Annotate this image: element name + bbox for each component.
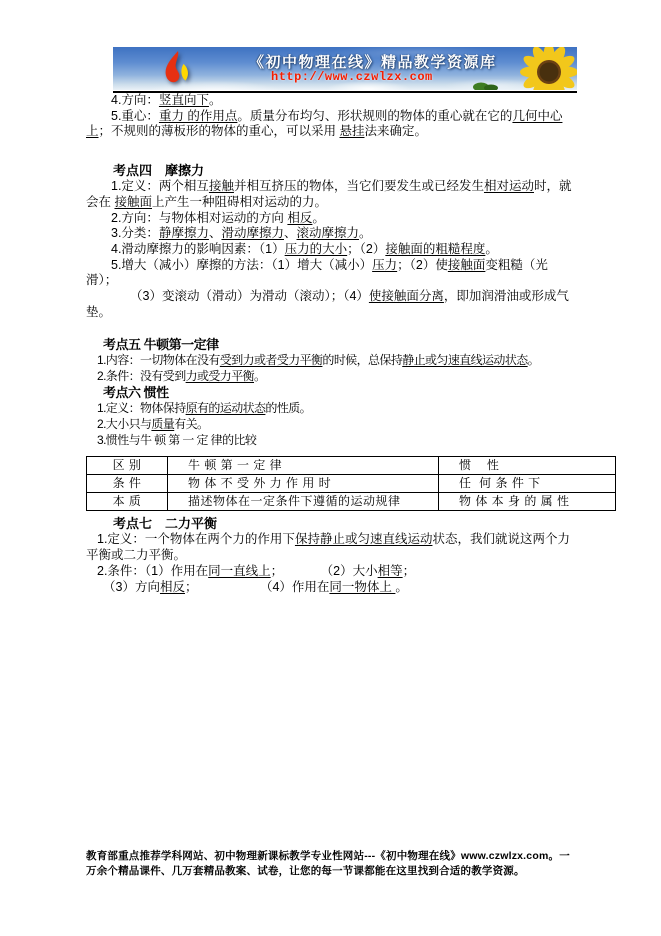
heading-newton-first-law: 考点五 牛顿第一定律 bbox=[86, 337, 578, 353]
para-newton-condition: 2.条件：没有受到力或受力平衡。 bbox=[86, 369, 578, 385]
para-friction-methods-1: 5.增大（减小）摩擦的方法：（1）增大（减小）压力；（2）使接触面变粗糙（光滑）… bbox=[86, 258, 578, 289]
para-friction-factors: 4.滑动摩擦力的影响因素：（1）压力的大小；（2）接触面的粗糙程度。 bbox=[86, 242, 578, 258]
para-newton-content: 1.内容：一切物体在没有受到力或者受力平衡的时候，总保持静止或匀速直线运动状态。 bbox=[86, 353, 578, 369]
heading-inertia: 考点六 惯性 bbox=[86, 385, 578, 401]
para-friction-types: 3.分类：静摩擦力、滑动摩擦力、滚动摩擦力。 bbox=[86, 226, 578, 242]
footer-text: 教育部重点推荐学科网站、初中物理新课标教学专业性网站---《初中物理在线》www… bbox=[86, 849, 578, 879]
table-row: 条 件 物 体 不 受 外 力 作 用 时 任 何 条 件 下 bbox=[87, 475, 616, 493]
table-cell: 物 体 不 受 外 力 作 用 时 bbox=[168, 475, 439, 493]
heading-two-force-balance: 考点七 二力平衡 bbox=[86, 516, 578, 532]
banner-image: 《初中物理在线》精品教学资源库 http://www.czwlzx.com bbox=[113, 47, 577, 90]
para-inertia-size: 2.大小只与质量有关。 bbox=[86, 417, 578, 433]
para-inertia-compare-caption: 3.惯性与牛 顿 第 一 定 律的比较 bbox=[86, 433, 578, 449]
leaf-plant-icon bbox=[473, 76, 499, 90]
para-friction-definition: 1.定义：两个相互接触并相互挤压的物体，当它们要发生或已经发生相对运动时，就会在… bbox=[86, 179, 578, 210]
header-banner: 《初中物理在线》精品教学资源库 http://www.czwlzx.com bbox=[113, 47, 577, 93]
para-gravity-direction: 4.方向：竖直向下。 bbox=[86, 93, 578, 109]
table-cell: 惯 性 bbox=[439, 457, 616, 475]
comparison-table: 区 别 牛 顿 第 一 定 律 惯 性 条 件 物 体 不 受 外 力 作 用 … bbox=[86, 456, 616, 511]
heading-friction: 考点四 摩擦力 bbox=[86, 163, 578, 179]
table-cell: 本 质 bbox=[87, 493, 168, 511]
para-inertia-definition: 1.定义：物体保持原有的运动状态的性质。 bbox=[86, 401, 578, 417]
para-friction-direction: 2.方向：与物体相对运动的方向 相反。 bbox=[86, 211, 578, 227]
banner-url[interactable]: http://www.czwlzx.com bbox=[271, 70, 433, 84]
table-row: 本 质 描述物体在一定条件下遵循的运动规律 物 体 本 身 的 属 性 bbox=[87, 493, 616, 511]
table-cell: 物 体 本 身 的 属 性 bbox=[439, 493, 616, 511]
table-cell: 区 别 bbox=[87, 457, 168, 475]
para-balance-conditions-2: （3）方向相反； （4）作用在同一物体上 。 bbox=[86, 580, 578, 596]
flame-logo-icon bbox=[157, 49, 197, 89]
para-gravity-center: 5.重心：重力 的作用点。质量分布均匀、形状规则的物体的重心就在它的几何中心上；… bbox=[86, 109, 578, 140]
table-row: 区 别 牛 顿 第 一 定 律 惯 性 bbox=[87, 457, 616, 475]
para-balance-conditions-1: 2.条件：（1）作用在同一直线上； （2）大小相等； bbox=[86, 564, 578, 580]
table-cell: 任 何 条 件 下 bbox=[439, 475, 616, 493]
document-content: 4.方向：竖直向下。 5.重心：重力 的作用点。质量分布均匀、形状规则的物体的重… bbox=[86, 93, 578, 595]
para-balance-definition: 1.定义：一个物体在两个力的作用下保持静止或匀速直线运动状态，我们就说这两个力平… bbox=[86, 532, 578, 563]
banner-title: 《初中物理在线》精品教学资源库 bbox=[249, 51, 497, 72]
sunflower-icon bbox=[499, 47, 577, 90]
table-cell: 描述物体在一定条件下遵循的运动规律 bbox=[168, 493, 439, 511]
table-cell: 牛 顿 第 一 定 律 bbox=[168, 457, 439, 475]
para-friction-methods-2: （3）变滚动（滑动）为滑动（滚动）；（4）使接触面分离，即加润滑油或形成气垫。 bbox=[86, 289, 578, 320]
table-cell: 条 件 bbox=[87, 475, 168, 493]
